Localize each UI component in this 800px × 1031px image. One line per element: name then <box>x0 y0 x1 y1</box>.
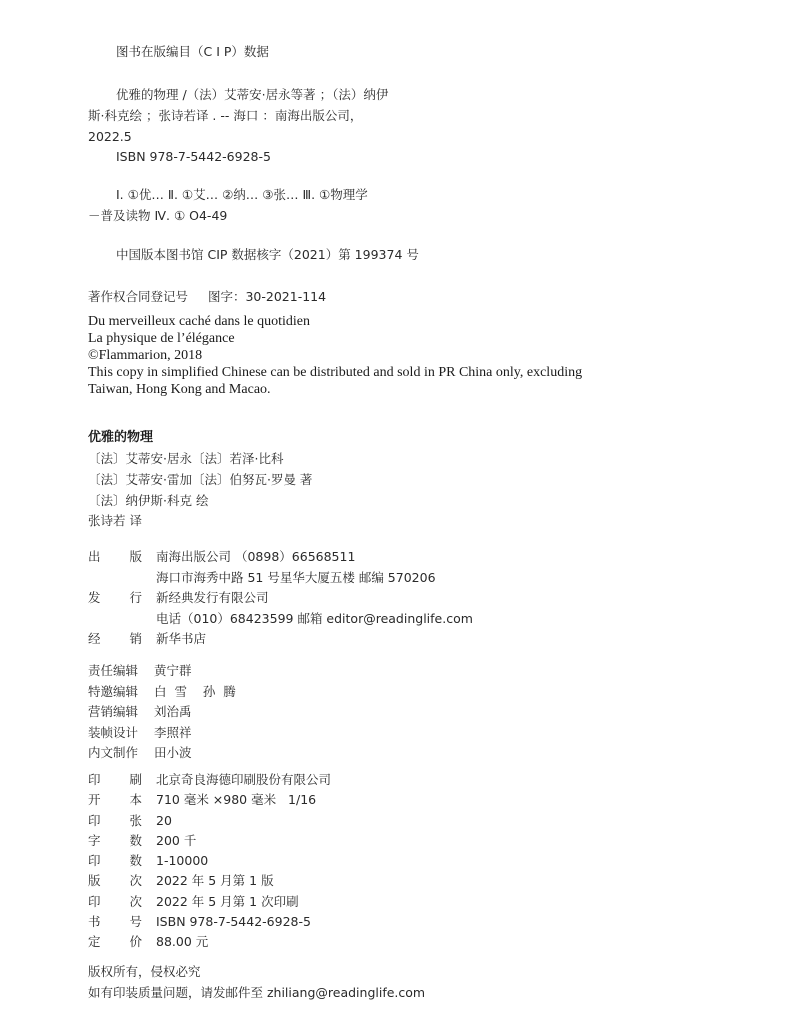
editor-role: 装帧设计 <box>88 723 154 744</box>
cip-line-2: 斯·科克绘 ；张诗若译 . -- 海口 ：南海出版公司， <box>88 106 362 126</box>
spec-row-word-count: 字数200 千 <box>88 831 331 851</box>
editor-row: 内文制作田小波 <box>88 743 236 764</box>
cip-isbn: ISBN 978-7-5442-6928-5 <box>116 147 271 167</box>
original-subtitle: La physique de l’élégance <box>88 330 582 347</box>
editors-list: 责任编辑黄宁群 特邀编辑白 雪 孙 腾 营销编辑刘治禹 装帧设计李照祥 内文制作… <box>88 661 236 764</box>
spec-value: 2022 年 5 月第 1 次印刷 <box>156 894 299 909</box>
cip-line-3: 2022.5 <box>88 127 132 147</box>
authors-line-2: 〔法〕艾蒂安·雷加〔法〕伯努瓦·罗曼 著 <box>88 470 312 490</box>
editor-name: 刘治禹 <box>154 704 192 719</box>
copyright-registration: 著作权合同登记号 图字：30-2021-114 <box>88 287 326 307</box>
spec-row-printer: 印刷北京奇良海德印刷股份有限公司 <box>88 770 331 790</box>
editor-row: 特邀编辑白 雪 孙 腾 <box>88 682 236 703</box>
translator: 张诗若 译 <box>88 511 142 531</box>
editor-name: 李照祥 <box>154 725 192 740</box>
editor-name: 田小波 <box>154 745 192 760</box>
distributor-name: 新经典发行有限公司 <box>156 590 269 605</box>
spec-value: 200 千 <box>156 833 196 848</box>
sales-label: 经销 <box>88 629 142 649</box>
editor-row: 责任编辑黄宁群 <box>88 661 236 682</box>
sales-value: 新华书店 <box>156 631 206 646</box>
original-edition: Du merveilleux caché dans le quotidien L… <box>88 313 582 398</box>
spec-value: 710 毫米 ×980 毫米 1/16 <box>156 792 316 807</box>
distributor-label: 发行 <box>88 588 142 608</box>
editor-row: 营销编辑刘治禹 <box>88 702 236 723</box>
editor-row: 装帧设计李照祥 <box>88 723 236 744</box>
spec-value: 北京奇良海德印刷股份有限公司 <box>156 772 331 787</box>
editor-role: 责任编辑 <box>88 661 154 682</box>
editor-name: 白 雪 孙 腾 <box>154 684 236 699</box>
cip-class-line-1: Ⅰ. ①优… Ⅱ. ①艾… ②纳… ③张… Ⅲ. ①物理学 <box>116 185 368 205</box>
cip-class-line-2: －普及读物 Ⅳ. ① O4-49 <box>88 206 227 226</box>
spec-row-sheets: 印张20 <box>88 811 331 831</box>
spec-row-edition: 版次2022 年 5 月第 1 版 <box>88 871 331 891</box>
editor-role: 内文制作 <box>88 743 154 764</box>
spec-value: 88.00 元 <box>156 934 208 949</box>
spec-row-format: 开本710 毫米 ×980 毫米 1/16 <box>88 790 331 810</box>
distributor-row: 发行新经典发行有限公司 <box>88 588 269 608</box>
editor-role: 营销编辑 <box>88 702 154 723</box>
spec-value: 1-10000 <box>156 853 208 868</box>
publisher-name: 南海出版公司 （0898）66568511 <box>156 549 355 564</box>
publisher-address: 海口市海秀中路 51 号星华大厦五楼 邮编 570206 <box>156 568 436 588</box>
editor-role: 特邀编辑 <box>88 682 154 703</box>
distributor-contact: 电话（010）68423599 邮箱 editor@readinglife.co… <box>156 609 473 629</box>
spec-row-printing: 印次2022 年 5 月第 1 次印刷 <box>88 892 331 912</box>
specs-list: 印刷北京奇良海德印刷股份有限公司 开本710 毫米 ×980 毫米 1/16 印… <box>88 770 331 953</box>
spec-value: 2022 年 5 月第 1 版 <box>156 873 274 888</box>
spec-value: 20 <box>156 813 172 828</box>
cip-line-1: 优雅的物理 /（法）艾蒂安·居永等著 ；（法）纳伊 <box>116 85 388 105</box>
cip-verification: 中国版本图书馆 CIP 数据核字（2021）第 199374 号 <box>116 245 419 265</box>
publisher-label: 出版 <box>88 547 142 567</box>
publisher-row: 出版南海出版公司 （0898）66568511 <box>88 547 355 567</box>
spec-row-price: 定价88.00 元 <box>88 932 331 952</box>
original-copyright: ©Flammarion, 2018 <box>88 347 582 364</box>
spec-row-isbn: 书号ISBN 978-7-5442-6928-5 <box>88 912 331 932</box>
rights-reserved: 版权所有，侵权必究 <box>88 962 201 982</box>
original-title: Du merveilleux caché dans le quotidien <box>88 313 582 330</box>
spec-row-print-run: 印数1-10000 <box>88 851 331 871</box>
copyright-registration-label: 著作权合同登记号 <box>88 289 188 304</box>
illustrator: 〔法〕纳伊斯·科克 绘 <box>88 491 208 511</box>
copyright-registration-value: 图字：30-2021-114 <box>208 289 326 304</box>
quality-contact: 如有印装质量问题，请发邮件至 zhiliang@readinglife.com <box>88 983 425 1003</box>
spec-value: ISBN 978-7-5442-6928-5 <box>156 914 311 929</box>
authors-line-1: 〔法〕艾蒂安·居永〔法〕若泽·比科 <box>88 449 283 469</box>
distribution-notice-line-1: This copy in simplified Chinese can be d… <box>88 364 582 381</box>
editor-name: 黄宁群 <box>154 663 192 678</box>
distribution-notice-line-2: Taiwan, Hong Kong and Macao. <box>88 381 582 398</box>
sales-row: 经销新华书店 <box>88 629 206 649</box>
book-title: 优雅的物理 <box>88 428 153 448</box>
cip-heading: 图书在版编目（C I P）数据 <box>116 42 269 62</box>
